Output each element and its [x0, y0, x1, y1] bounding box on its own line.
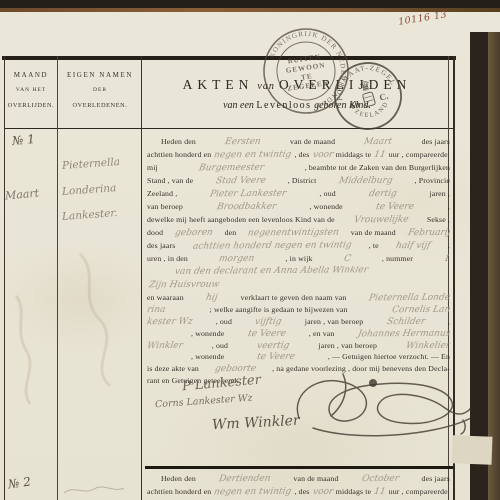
printed-text: uur , compareerde voor [389, 487, 450, 496]
record1-number: № 1 [11, 132, 35, 148]
handwritten-entry: Middelburg [338, 176, 393, 186]
printed-text: dood [147, 228, 163, 237]
akte-line: Zijn Huisvrouw [147, 280, 450, 294]
handwritten-entry: Broodbakker [216, 202, 277, 212]
ink-bleed-marks-2 [70, 250, 130, 390]
printed-text: achttien honderd en [147, 487, 211, 496]
handwritten-entry: voor [312, 487, 334, 497]
handwritten-entry: half vijf [395, 241, 431, 251]
printed-text: Heden den [161, 474, 196, 483]
photo-right-edge-light [488, 32, 500, 500]
printed-text: ; welke aangifte is gedaan te bijwezen v… [210, 305, 348, 314]
akte1-parents-handwriting: van den declarant en Anna Abella Winkler… [147, 266, 450, 293]
akte-line: Heden denDertiendenvan de maandOctoberde… [147, 474, 450, 487]
printed-text: , oud [319, 189, 335, 198]
stamp-word-zegelen: ZEGELEN [287, 79, 329, 93]
photo-top-edge [0, 0, 500, 8]
akte-line: achttien honderd ennegen en twintig, des… [147, 150, 450, 163]
akte-line: des jaarsachttien honderd negen en twint… [147, 241, 450, 254]
akte-line: dewelke mij heeft aangeboden een levenlo… [147, 215, 450, 228]
ink-bleed-marks [8, 290, 50, 410]
handwritten-entry: Winkelier [405, 341, 450, 351]
handwritten-entry: achttien honderd negen en twintig [192, 241, 353, 252]
illegible-handwriting-mark [62, 483, 132, 497]
col1-line1: MAAND [5, 68, 57, 83]
printed-text: , te [369, 241, 379, 250]
printed-text: van beroep [147, 202, 183, 211]
printed-text: , des [294, 487, 309, 496]
handwritten-entry: Burgemeester [198, 163, 265, 173]
printed-text: jaren , van beroep [305, 317, 364, 326]
printed-text: des jaars [147, 241, 175, 250]
handwritten-entry: 11 [373, 150, 386, 160]
printed-text: dewelke mij heeft aangeboden een levenlo… [147, 215, 335, 224]
column-header-names: EIGEN NAMEN DER OVERLEDENEN. [59, 68, 141, 113]
col2-line2: DER [59, 83, 141, 98]
akte-line: , wonendete Veere, en vanJohannes Herman… [147, 329, 450, 341]
akte-line: , wonendete Veere, — Getuigen hiertoe ve… [147, 352, 450, 364]
printed-text: , wonende [309, 202, 342, 211]
akte-line: Stand , van deStad Veere, DistrictMiddel… [147, 176, 450, 189]
akte-line: en waaraanhijverklaart te geven den naam… [147, 293, 450, 305]
col2-line3: OVERLEDENEN. [59, 98, 141, 113]
handwritten-entry: vijftig [254, 317, 282, 327]
akte2-opening-block: Heden denDertiendenvan de maandOctoberde… [147, 474, 450, 500]
col1-line2: VAN HET [5, 83, 57, 98]
handwritten-entry: negen en twintig [213, 150, 292, 160]
handwritten-entry: C [343, 254, 352, 264]
photo-right-edge [470, 32, 488, 500]
printed-text: achttien honderd en [147, 150, 211, 159]
printed-text: , [448, 317, 450, 326]
handwritten-entry: Vrouwelijke [353, 215, 409, 225]
printed-text: is deze akte van [147, 364, 199, 373]
handwritten-entry: Schilder [386, 317, 426, 327]
printed-text: des jaars [422, 137, 450, 146]
handwritten-entry: Zijn Huisvrouw [148, 280, 220, 290]
handwritten-entry: Johannes Hermanus [357, 329, 450, 339]
akte-line: Zeeland ,Pieter Lankester, ouddertigjare… [147, 189, 450, 202]
printed-text: Heden den [161, 137, 196, 146]
printed-text: Zeeland , [147, 189, 177, 198]
akte-line: rina; welke aangifte is gedaan te bijwez… [147, 305, 450, 317]
handwritten-entry: dertig [368, 189, 398, 199]
handwritten-entry: Pieternella Londe [368, 293, 450, 303]
printed-text: , — Getuigen hiertoe verzocht. — En [328, 352, 450, 361]
handwritten-entry: te Veere [256, 352, 296, 362]
printed-text: , en van [309, 329, 335, 338]
akte-line: Winkler, oudveertigjaren , van beroepWin… [147, 341, 450, 353]
printed-text: verklaart te geven den naam van [241, 293, 347, 302]
handwritten-entry: Maart [363, 137, 393, 147]
printed-text: den [225, 228, 237, 237]
printed-text: , wonende [191, 352, 224, 361]
printed-text: middags te [336, 487, 372, 496]
printed-text: middags te [336, 150, 372, 159]
printed-text: , Provincie [415, 176, 450, 185]
printed-text: , nummer [382, 254, 413, 263]
handwritten-entry: veertig [256, 341, 290, 351]
akte-line: kester Wz, oudvijftigjaren , van beroepS… [147, 317, 450, 329]
printed-text: Stand , van de [147, 176, 193, 185]
record-divider-rule [145, 466, 453, 469]
akte-line: Heden denEerstenvan de maandMaartdes jaa… [147, 137, 450, 150]
printed-text: , [448, 202, 450, 211]
book-spine-strip [0, 8, 500, 12]
handwritten-entry: te Veere [375, 202, 415, 212]
printed-text: , in wijk [285, 254, 312, 263]
handwritten-entry: Eersten [224, 137, 261, 147]
subtitle-prefix: van een [223, 100, 254, 111]
handwritten-entry: 11 [373, 487, 386, 497]
handwritten-entry: October [361, 474, 400, 484]
printed-text: , oud [216, 317, 232, 326]
handwritten-entry: rina [147, 305, 166, 315]
handwritten-entry: Februarij [407, 228, 450, 238]
col1-line3: OVERLIJDEN. [5, 98, 57, 113]
handwritten-entry: te Veere [247, 329, 287, 339]
akte-line: van beroepBroodbakker, wonendete Veere, [147, 202, 450, 215]
printed-text: , des [294, 150, 309, 159]
column-header-month: MAAND VAN HET OVERLIJDEN. [5, 68, 57, 113]
handwritten-entry: Winkler [147, 341, 184, 351]
printed-text: des jaars [422, 474, 450, 483]
table-left-border [4, 56, 5, 500]
title-akten: AKTEN [183, 77, 254, 92]
printed-text: , District [288, 176, 317, 185]
stamp-unit: C. [378, 91, 389, 103]
printed-text: van de maand [351, 228, 396, 237]
akte-line: doodgeborendennegenentwintigstenvan de m… [147, 228, 450, 241]
stamp-value: 60 [349, 99, 361, 111]
handwritten-entry: voor [312, 150, 334, 160]
column-divider-2 [141, 56, 142, 500]
printed-text: mij [147, 163, 158, 172]
handwritten-entry: geboren [174, 228, 214, 238]
printed-text: en waaraan [147, 293, 184, 302]
column-divider-1 [57, 56, 58, 500]
paper-tape-patch [452, 435, 493, 464]
akte-line: mijBurgemeester, beambte tot de Zaken va… [147, 163, 450, 176]
akte-line: van den declarant en Anna Abella Winkler [147, 266, 450, 280]
printed-text: jaren , van beroep [318, 341, 377, 350]
handwritten-entry: van den declarant en Anna Abella Winkler [174, 266, 369, 277]
printed-text: , wonende [191, 329, 224, 338]
printed-text: Sekse , [427, 215, 450, 224]
handwritten-entry: negen en twintig [213, 487, 292, 497]
akte1-opening-block: Heden denEerstenvan de maandMaartdes jaa… [147, 137, 450, 267]
printed-text: jaren , [429, 189, 450, 198]
akte-line: achttien honderd ennegen en twintig, des… [147, 487, 450, 500]
printed-text: uren , in den [147, 254, 188, 263]
handwritten-entry: 1 [443, 254, 450, 264]
header-underline-rule [4, 128, 454, 129]
handwritten-entry: hij [206, 293, 219, 303]
printed-text: , beambte tot de Zaken van den Burgerlij… [305, 163, 450, 172]
col2-line1: EIGEN NAMEN [59, 68, 141, 83]
official-signature-flourish [285, 368, 477, 448]
printed-text: , [448, 241, 450, 250]
handwritten-entry: morgen [218, 254, 255, 264]
printed-text: uur , compareerde voor [389, 150, 450, 159]
printed-text: van de maand [290, 137, 335, 146]
stamp-shield [362, 92, 375, 107]
handwritten-entry: kester Wz [147, 317, 193, 327]
handwritten-entry: negenentwintigsten [247, 228, 340, 238]
handwritten-entry: Cornelis Lan [391, 305, 450, 315]
handwritten-entry: Stad Veere [215, 176, 267, 186]
printed-text: van de maand [293, 474, 338, 483]
printed-text: , oud [212, 341, 228, 350]
handwritten-entry: Pieter Lankester [209, 189, 287, 199]
handwritten-entry: Dertienden [218, 474, 271, 484]
